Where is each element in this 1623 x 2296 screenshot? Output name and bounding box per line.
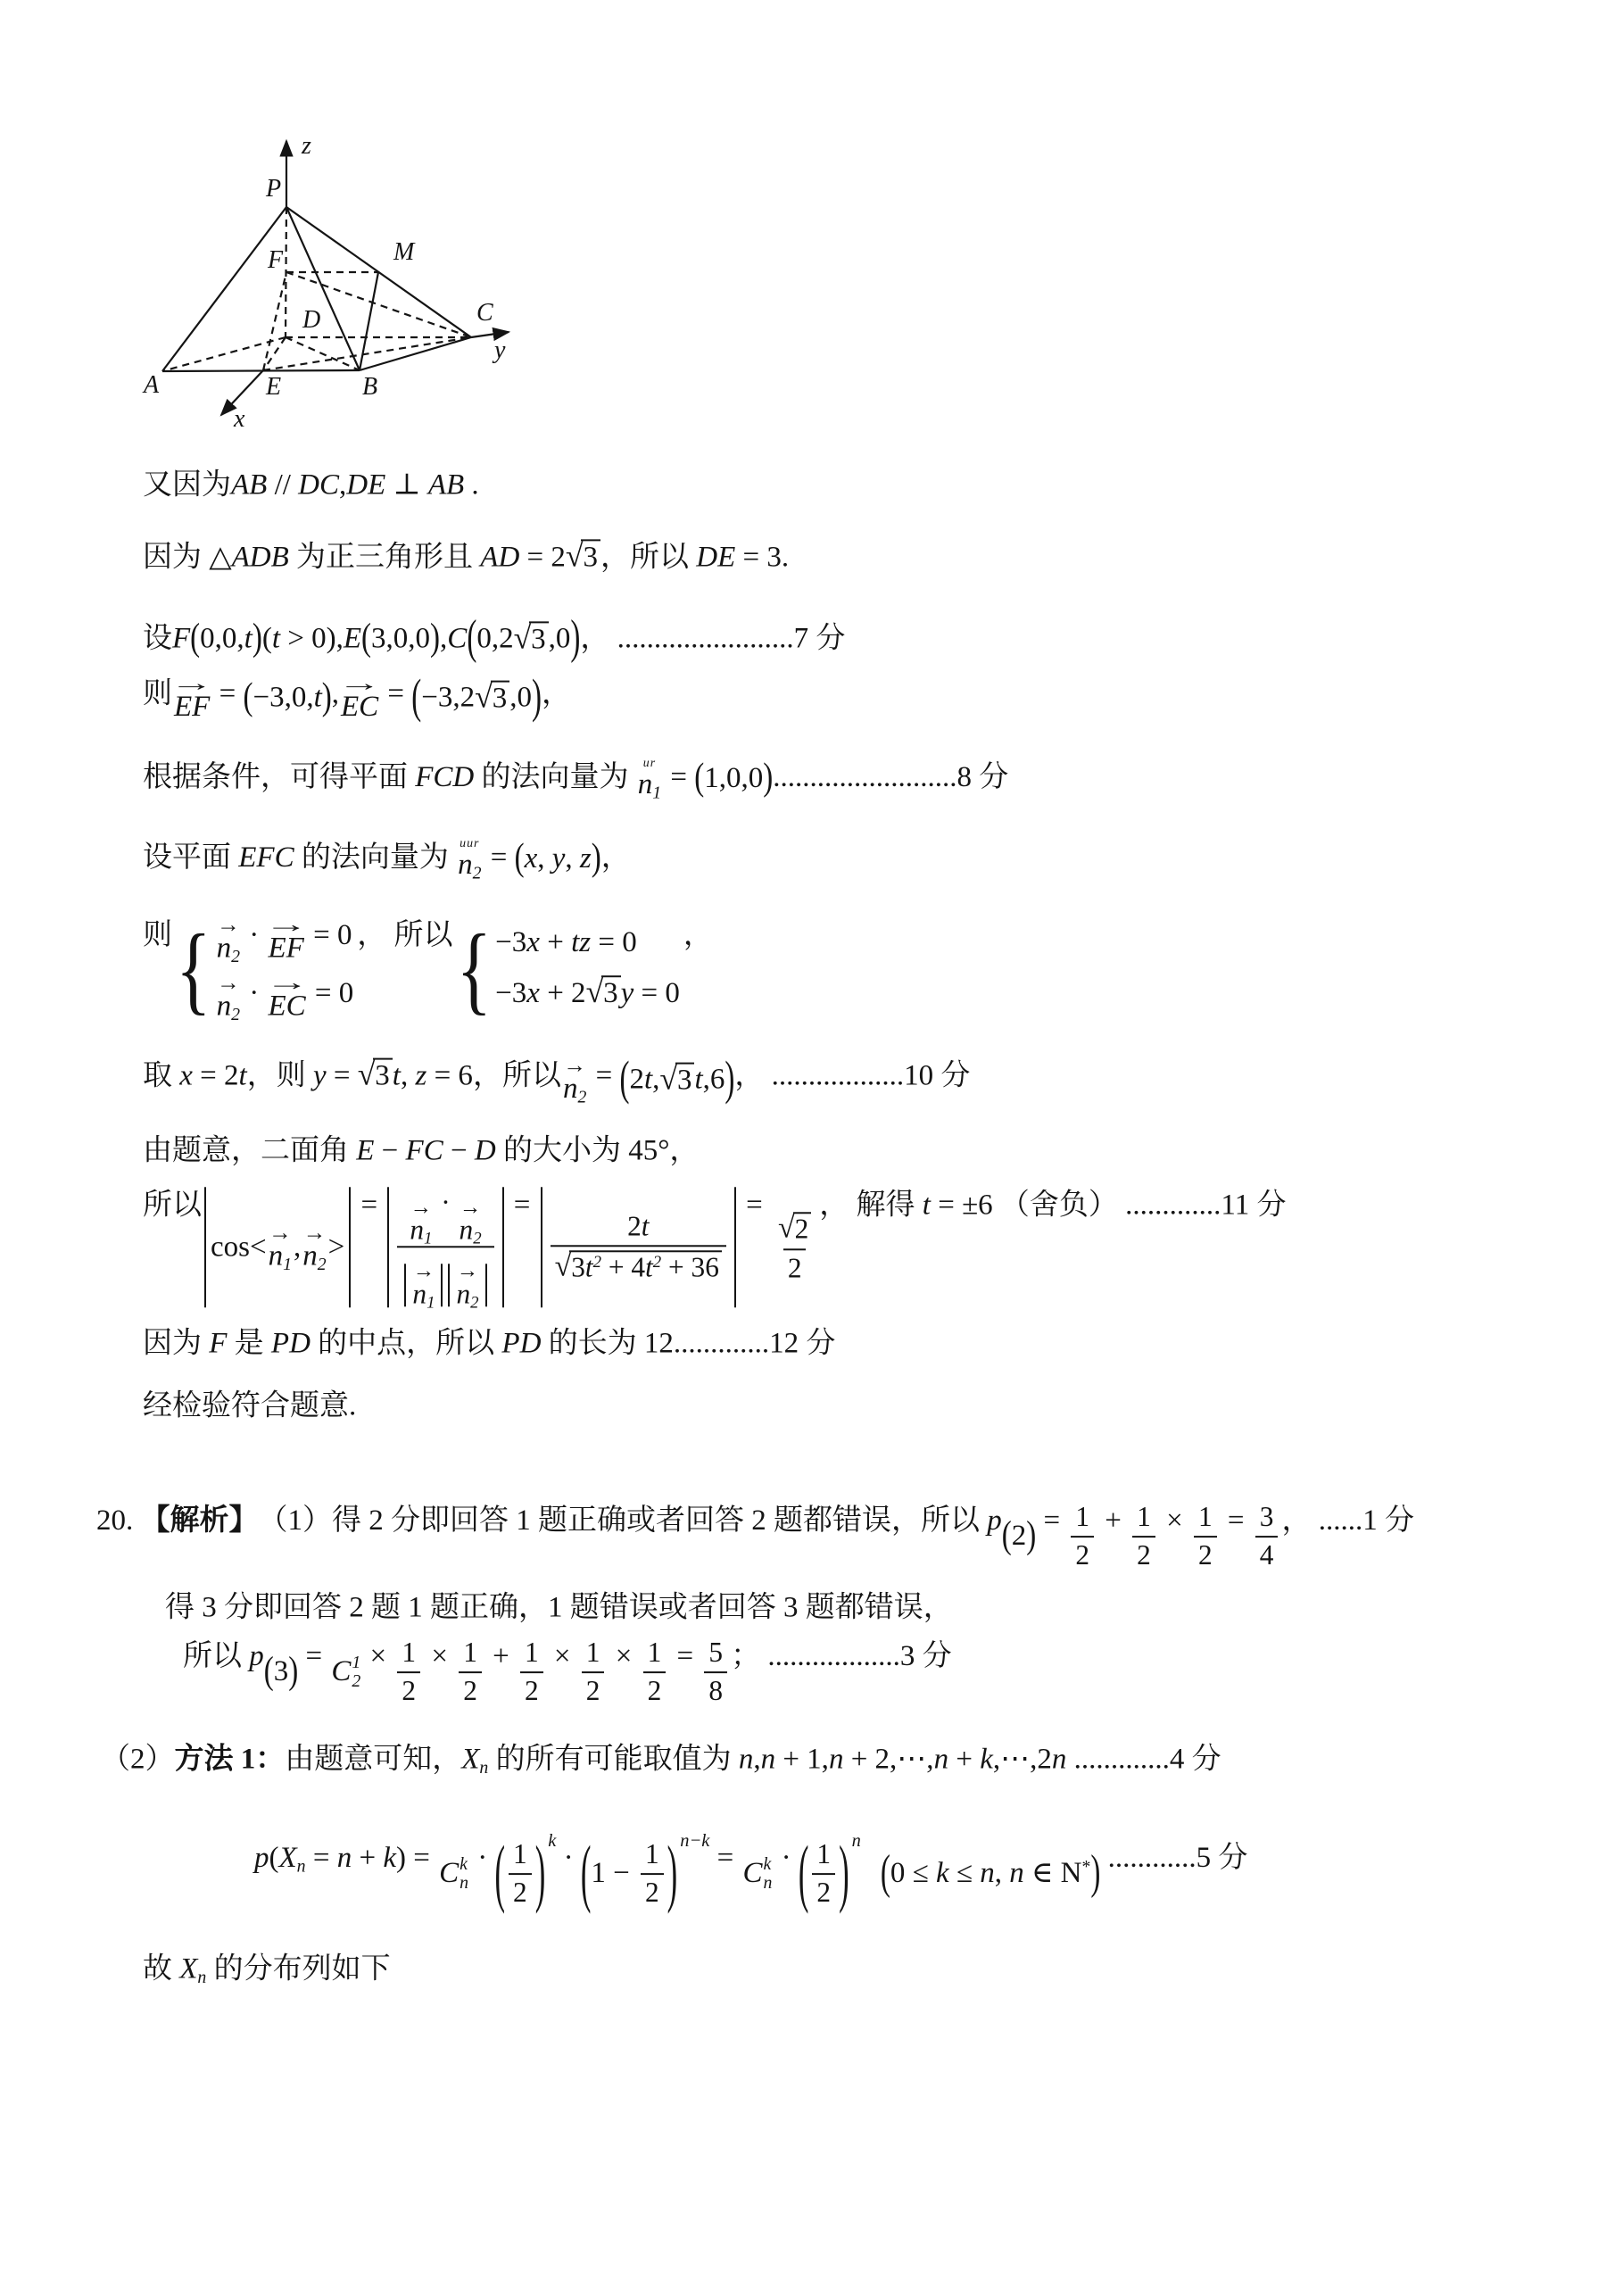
- math-text: 2: [463, 1675, 477, 1706]
- math-text: PD: [501, 1325, 541, 1362]
- math-text: k: [936, 1855, 949, 1892]
- math-text: n: [829, 1741, 844, 1778]
- vertex-label-x: x: [233, 405, 245, 433]
- math-text: ,: [565, 840, 580, 876]
- paren-group: (1,0,0): [694, 759, 773, 796]
- math-text: ； ..................3 分: [731, 1638, 952, 1675]
- math-text: +: [540, 924, 571, 961]
- numerator: 2t: [623, 1212, 653, 1245]
- math-text: (: [269, 1840, 279, 1877]
- vertex-label-E: E: [265, 373, 281, 401]
- subscript: n: [479, 1758, 488, 1778]
- vector-arrow-icon: →: [217, 921, 240, 933]
- numerator: 1: [509, 1840, 532, 1873]
- paren-group: (x, y, z): [515, 840, 601, 876]
- exponent: k: [548, 1830, 556, 1853]
- denominator: 2: [641, 1873, 664, 1908]
- math-text: ·: [470, 1840, 495, 1877]
- fraction: √22: [774, 1212, 816, 1282]
- math-text: n: [1009, 1855, 1024, 1892]
- vector-base: EF: [269, 933, 304, 965]
- radical: √2: [778, 1212, 811, 1244]
- denominator: →n1→n2: [397, 1247, 493, 1307]
- math-text: =: [663, 759, 694, 796]
- vector: →n2: [302, 1229, 326, 1272]
- document-page: zPFDMAEBCxy 又因为AB // DC,DE ⊥ AB .因为 △ADB…: [0, 0, 1623, 2296]
- math-text: //: [267, 467, 298, 503]
- math-text: n2: [458, 849, 481, 881]
- denominator: 8: [704, 1671, 727, 1706]
- vector-arrow-icon: →: [303, 1229, 327, 1241]
- math-text: −3,0,: [253, 679, 313, 716]
- math-text: t: [272, 620, 280, 657]
- math-text: x: [525, 840, 538, 876]
- hidden-edge-DB: [286, 337, 360, 370]
- math-text: +: [352, 1840, 383, 1877]
- math-text: −3,2: [421, 679, 475, 716]
- vector: →n1: [269, 1229, 292, 1272]
- math-text: 20.: [96, 1503, 141, 1539]
- absolute-value-group: 2t√3t2 + 4t2 + 36: [541, 1187, 736, 1307]
- subscript: 2: [470, 1293, 478, 1312]
- subscript: 1: [283, 1256, 292, 1275]
- math-text: ADB: [232, 539, 289, 576]
- numerator: 1: [643, 1638, 667, 1671]
- math-text: 3: [531, 624, 546, 656]
- solution-line-vectors-ef-ec: 则→EF = (−3,0,t),→EC = (−3,2√3,0)，: [143, 676, 571, 720]
- math-text: ,: [294, 1229, 301, 1265]
- solution-line-pd-length: 因为 F 是 PD 的中点，所以 PD 的长为 12.............1…: [143, 1325, 835, 1362]
- math-text: 1: [463, 1637, 477, 1668]
- numerator: 5: [704, 1638, 727, 1671]
- math-text: ·: [434, 1186, 457, 1217]
- vertex-label-P: P: [265, 175, 281, 203]
- vector: →EF: [269, 921, 304, 965]
- math-text: =: [211, 676, 243, 713]
- vector: urn1: [638, 762, 661, 800]
- math-text: t: [244, 620, 253, 657]
- math-text: 故: [143, 1951, 179, 1987]
- math-text: 1: [1075, 1501, 1089, 1532]
- fraction: 34: [1255, 1503, 1279, 1571]
- math-text: t: [923, 1187, 931, 1223]
- math-text: +: [1097, 1503, 1129, 1539]
- radicand: 3: [373, 1058, 393, 1092]
- math-text: ,⋯,2: [993, 1741, 1052, 1778]
- exponent: n−k: [680, 1830, 709, 1853]
- math-text: t: [314, 679, 322, 716]
- vector: →n2: [563, 1061, 586, 1105]
- math-text: ，: [601, 840, 631, 876]
- vector: →EC: [341, 679, 378, 723]
- math-text: 2: [788, 1252, 802, 1283]
- subscript: 1: [652, 783, 661, 802]
- solution-line-q20-part1-desc: 得 3 分即回答 2 题 1 题正确，1 题错误或者回答 3 题都错误，: [165, 1589, 953, 1626]
- math-text: 0,0,: [200, 620, 244, 657]
- vector-arrow-icon: →: [563, 1061, 586, 1073]
- math-text: k: [383, 1840, 396, 1877]
- numerator: 1: [582, 1638, 605, 1671]
- math-text: y: [552, 840, 566, 876]
- fraction: →n1 · →n2→n1→n2: [397, 1188, 493, 1306]
- vector-arrow-icon: →: [264, 921, 308, 933]
- radical: √3: [586, 975, 621, 1009]
- fraction: 12: [520, 1638, 543, 1706]
- math-text: 的大小为 45°，: [496, 1132, 700, 1169]
- math-text: 3: [1260, 1501, 1274, 1532]
- math-text: ,0: [509, 679, 532, 716]
- subscript: 2: [231, 1005, 240, 1024]
- fraction: 12: [643, 1638, 667, 1706]
- vertex-label-y: y: [492, 336, 506, 364]
- math-text: x: [526, 975, 540, 1012]
- math-text: .........................8 分: [773, 759, 1008, 796]
- math-text: ) =: [396, 1840, 437, 1877]
- solution-line-q20-part1-p2: 20. 【解析】（1）得 2 分即回答 1 题正确或者回答 2 题都错误，所以 …: [96, 1503, 1414, 1571]
- math-text: x: [526, 924, 540, 961]
- math-text: 1 −: [591, 1855, 637, 1892]
- numerator: 3: [1255, 1503, 1279, 1536]
- math-text: ·: [556, 1840, 581, 1877]
- math-text: Xn: [179, 1951, 206, 1987]
- math-text: =: [739, 1187, 770, 1223]
- math-text: 1,0,0: [704, 759, 763, 796]
- math-text: .: [464, 467, 479, 503]
- vector-base: n1: [412, 1280, 435, 1309]
- edge-AB: [162, 370, 360, 371]
- math-text: ,0: [549, 620, 571, 657]
- numerator: 1: [1071, 1503, 1094, 1536]
- math-text: ×: [424, 1638, 455, 1675]
- solution-line-verification: 经检验符合题意.: [143, 1388, 356, 1424]
- radicand: 3: [601, 975, 621, 1009]
- solution-line-q20-probability-formula: p(Xn = n + k) = Ckn · (12)k · (1 − 12)n−…: [254, 1840, 1247, 1908]
- math-text: AD: [480, 539, 519, 576]
- math-text: z: [415, 1058, 426, 1095]
- math-text: =: [306, 1840, 337, 1877]
- vector-base: n2: [456, 1280, 478, 1309]
- fraction: 12: [509, 1840, 532, 1908]
- math-text: =: [483, 840, 514, 876]
- math-text: 3: [274, 1654, 289, 1690]
- math-text: t: [393, 1058, 401, 1095]
- denominator: 2: [1132, 1536, 1155, 1571]
- math-text: ，所以: [600, 539, 696, 576]
- solution-line-triangle-side: 因为 △ADB 为正三角形且 AD = 2√3，所以 DE = 3.: [143, 539, 789, 576]
- denominator: 2: [459, 1671, 482, 1706]
- math-text: n: [337, 1840, 352, 1877]
- vector-base: n2: [217, 933, 240, 965]
- paren-group: (0,0,t): [190, 620, 262, 657]
- fraction: 12: [641, 1840, 664, 1908]
- math-text: 2: [648, 1675, 662, 1706]
- vertex-label-D: D: [302, 306, 320, 334]
- hidden-edge-EF: [263, 272, 286, 370]
- subscript: 2: [577, 1088, 586, 1107]
- fraction: 58: [704, 1638, 727, 1706]
- math-text: ×: [362, 1638, 393, 1675]
- math-text: 根据条件，可得平面: [143, 759, 415, 796]
- math-text: =: [1036, 1503, 1067, 1539]
- math-text: =: [298, 1638, 329, 1675]
- radical: √3: [358, 1058, 393, 1092]
- denominator: 2: [582, 1671, 605, 1706]
- math-text: 2: [795, 1213, 809, 1244]
- math-text: 经检验符合题意.: [143, 1388, 356, 1424]
- math-text: ， ..................10 分: [734, 1058, 970, 1095]
- math-text: 是: [227, 1325, 271, 1362]
- math-text: ,: [753, 1741, 760, 1778]
- math-text: ,: [652, 1061, 659, 1098]
- vertex-label-A: A: [142, 371, 160, 399]
- math-text: = 3.: [735, 539, 789, 576]
- radical: √3: [566, 539, 600, 573]
- vector-base: EC: [269, 991, 306, 1022]
- math-text: t: [239, 1058, 247, 1095]
- math-text: 4: [1260, 1539, 1274, 1571]
- math-text: y: [621, 975, 634, 1012]
- vector-base: n2: [217, 991, 240, 1022]
- vector: →n1: [410, 1204, 432, 1245]
- math-text: 的长为 12.............12 分: [541, 1325, 835, 1362]
- math-text: 0,2: [476, 620, 513, 657]
- math-text: n: [761, 1741, 776, 1778]
- fraction: 2t√3t2 + 4t2 + 36: [551, 1212, 726, 1282]
- math-text: −3: [495, 924, 526, 961]
- math-text: PD: [271, 1325, 311, 1362]
- math-text: =: [327, 1058, 358, 1095]
- math-text: ， 解得: [819, 1187, 923, 1223]
- math-text: + 4: [601, 1251, 645, 1282]
- math-text: Xn: [279, 1840, 306, 1877]
- math-text: −: [443, 1132, 475, 1169]
- math-text: = 0: [308, 975, 354, 1012]
- math-text: t: [642, 1210, 650, 1241]
- numerator: 1: [459, 1638, 482, 1671]
- vector: →n2: [217, 921, 240, 965]
- equation-system: {→n2 · →EF = 0→n2 · →EC = 0: [176, 917, 353, 1019]
- math-text: 又因为: [143, 467, 231, 503]
- math-text: n2: [302, 1240, 326, 1272]
- math-text: 1: [586, 1637, 600, 1668]
- math-text: ≤: [949, 1855, 981, 1892]
- math-text: =: [507, 1187, 538, 1223]
- math-text: ， ......1 分: [1281, 1503, 1414, 1539]
- math-text: 2: [816, 1877, 831, 1908]
- fraction: 12: [1071, 1503, 1094, 1571]
- math-text: 2: [1075, 1539, 1089, 1571]
- math-text: 2: [645, 1877, 659, 1908]
- math-text: 3: [677, 1065, 692, 1097]
- math-text: ,: [995, 1855, 1010, 1892]
- numerator: 1: [397, 1638, 420, 1671]
- math-text: D: [475, 1132, 496, 1169]
- math-text: = ±6 （舍负） .............11 分: [931, 1187, 1287, 1223]
- math-text: 2: [586, 1675, 600, 1706]
- superscript: 2: [653, 1253, 661, 1272]
- math-text: + 2,⋯,: [843, 1741, 933, 1778]
- math-text: 为正三角形且: [289, 539, 481, 576]
- radical: √3: [659, 1063, 694, 1097]
- denominator: √3t2 + 4t2 + 36: [551, 1245, 726, 1282]
- math-text: n: [980, 1855, 995, 1892]
- edge-PA: [162, 207, 286, 371]
- math-text: DC: [298, 467, 339, 503]
- math-text: n2: [217, 990, 240, 1022]
- math-text: ·: [242, 917, 267, 954]
- numerator: 1: [1194, 1503, 1217, 1536]
- math-text: ⊥: [385, 467, 428, 503]
- math-text: 2: [1198, 1539, 1213, 1571]
- math-text: p: [249, 1638, 264, 1675]
- denominator: 2: [509, 1873, 532, 1908]
- math-text: n1: [269, 1240, 292, 1272]
- math-text: DE: [346, 467, 385, 503]
- math-text: > 0),: [280, 620, 344, 657]
- math-text: 的分布列如下: [206, 1951, 390, 1987]
- math-text: = 2: [519, 539, 566, 576]
- math-text: 2: [627, 1210, 642, 1241]
- math-text: AB: [428, 467, 464, 503]
- math-text: ×: [547, 1638, 578, 1675]
- math-text: n: [739, 1741, 754, 1778]
- math-text: 因为: [143, 1325, 209, 1362]
- radical: √3: [514, 622, 549, 656]
- math-text: = 0: [306, 917, 352, 954]
- math-text: n2: [563, 1073, 586, 1105]
- math-text: ，所以: [473, 1058, 561, 1095]
- math-text: 1: [513, 1838, 527, 1869]
- math-text: 1: [402, 1637, 416, 1668]
- vector: uurn2: [458, 842, 481, 880]
- math-text: n1: [412, 1278, 435, 1309]
- math-text: =: [588, 1058, 619, 1095]
- solution-line-normal-n2-setup: 设平面 EFC 的法向量为 uurn2 = (x, y, z)，: [143, 840, 631, 877]
- hidden-edge-EC: [263, 337, 471, 370]
- vector: →n2: [460, 1204, 482, 1245]
- math-text: z: [580, 840, 592, 876]
- math-text: +: [948, 1741, 980, 1778]
- vector-arrow-icon: →: [217, 978, 240, 991]
- fraction: 12: [1132, 1503, 1155, 1571]
- math-text: F: [172, 620, 190, 657]
- vector-arrow-icon: →: [265, 978, 309, 991]
- vector: →EC: [269, 978, 306, 1022]
- math-text: 2: [1137, 1539, 1151, 1571]
- combination-symbol: Ckn: [742, 1855, 772, 1893]
- paren-group: (−3,2√3,0): [411, 679, 542, 716]
- vector-base: n2: [302, 1241, 326, 1272]
- math-text: + 36: [661, 1251, 719, 1282]
- denominator: 4: [1255, 1536, 1279, 1571]
- paren-group: (−3,0,t): [243, 679, 331, 716]
- math-text: n1: [638, 768, 661, 800]
- math-text: 3: [375, 1060, 390, 1092]
- vector-base: EF: [174, 692, 210, 723]
- math-text: (: [262, 620, 272, 657]
- subscript: 1: [424, 1230, 432, 1248]
- math-text: 的中点，所以: [311, 1325, 502, 1362]
- paren-group: (0,2√3,0): [467, 620, 580, 657]
- math-text: =: [709, 1840, 741, 1877]
- math-text: 的所有可能取值为: [488, 1741, 739, 1778]
- solution-line-dihedral-angle: 由题意，二面角 E − FC − D 的大小为 45°，: [143, 1132, 699, 1169]
- math-text: 2: [513, 1877, 527, 1908]
- math-text: FC: [406, 1132, 443, 1169]
- math-text: 的法向量为: [474, 759, 636, 796]
- numerator: →n1 · →n2: [403, 1188, 487, 1246]
- paren-group: (3): [264, 1654, 299, 1690]
- system-row: →n2 · →EC = 0: [215, 975, 354, 1019]
- denominator: 2: [1071, 1536, 1094, 1571]
- fraction: 12: [812, 1840, 835, 1908]
- math-text: = 0: [591, 924, 637, 961]
- vector: →EF: [174, 679, 210, 723]
- math-text: + 2: [540, 975, 586, 1012]
- denominator: 2: [1194, 1536, 1217, 1571]
- math-text: 8: [708, 1675, 723, 1706]
- math-text: AB: [231, 467, 267, 503]
- vector-base: n1: [410, 1216, 432, 1246]
- math-text: ×: [608, 1638, 639, 1675]
- math-text: + 1,: [775, 1741, 829, 1778]
- paren-group: (2): [1002, 1518, 1037, 1554]
- superscript: 2: [593, 1253, 601, 1272]
- paren-group: (12)k: [494, 1840, 556, 1908]
- solution-line-q20-part1-p3: 所以 p(3) = C12 × 12 × 12 + 12 × 12 × 12 =…: [183, 1638, 952, 1706]
- paren-group: (0 ≤ k ≤ n, n ∈ N*): [881, 1855, 1101, 1892]
- math-text: ·: [774, 1840, 799, 1877]
- math-text: ， ........................7 分: [580, 620, 845, 657]
- vector-base: n2: [563, 1073, 586, 1105]
- math-text: ，: [683, 917, 713, 954]
- solution-line-solve-n2: 取 x = 2t，则 y = √3t, z = 6，所以→n2 = (2t,√3…: [143, 1058, 970, 1102]
- math-text: DE: [696, 539, 735, 576]
- solution-line-normal-n1: 根据条件，可得平面 FCD 的法向量为 urn1 = (1,0,0)......…: [143, 759, 1008, 797]
- math-text: 3: [583, 541, 598, 573]
- system-row: −3x + tz = 0: [495, 924, 637, 961]
- superscript: *: [1082, 1858, 1091, 1877]
- denominator: 2: [812, 1873, 835, 1908]
- numerator: 1: [1132, 1503, 1155, 1536]
- radical: √3t2 + 4t2 + 36: [555, 1250, 722, 1282]
- math-text: 1: [525, 1637, 539, 1668]
- math-text: +: [485, 1638, 517, 1675]
- math-text: k: [980, 1741, 993, 1778]
- math-text: ×: [1159, 1503, 1190, 1539]
- math-text: = 6: [426, 1058, 473, 1095]
- math-text: 3,0,0: [371, 620, 430, 657]
- math-text: 则: [143, 676, 172, 713]
- fraction: 12: [1194, 1503, 1217, 1571]
- math-text: 1: [645, 1838, 659, 1869]
- math-text: ,6: [703, 1061, 725, 1098]
- vector: →n1: [412, 1268, 435, 1309]
- math-text: = 0: [633, 975, 680, 1012]
- subscript: n: [197, 1968, 206, 1987]
- math-text: =: [353, 1187, 385, 1223]
- subscript: 2: [231, 947, 240, 966]
- exponent: n: [852, 1830, 861, 1853]
- math-text: tz: [571, 924, 591, 961]
- math-text: −: [374, 1132, 405, 1169]
- paren-group: (3,0,0): [361, 620, 440, 657]
- math-text: 由题意，二面角: [143, 1132, 356, 1169]
- vertex-label-C: C: [476, 299, 493, 327]
- solution-line-q20-part2-values: （2）方法 1：由题意可知，Xn 的所有可能取值为 n,n + 1,n + 2,…: [101, 1741, 1221, 1778]
- absolute-value-group: cos<→n1,→n2>: [204, 1187, 351, 1307]
- math-text: 所以: [143, 1187, 202, 1223]
